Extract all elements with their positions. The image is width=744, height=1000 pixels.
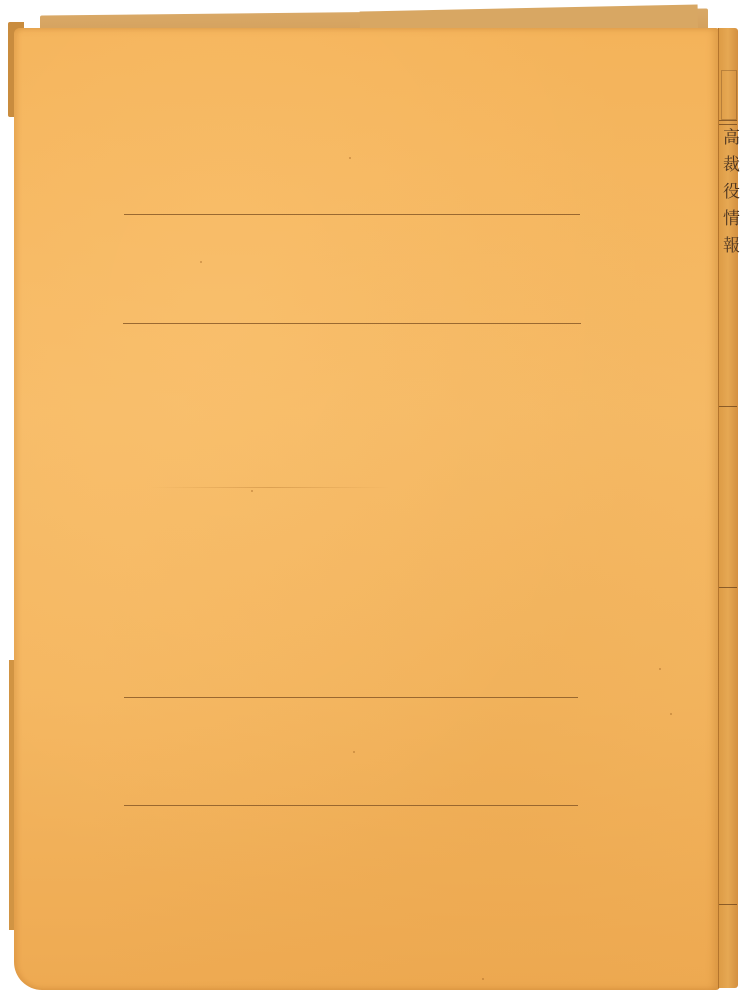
spine-title: 高裁役情報	[719, 128, 739, 358]
spine-divider	[719, 587, 737, 588]
spine-divider	[719, 406, 737, 407]
spine-divider	[719, 124, 737, 125]
rule-line-1	[124, 214, 580, 215]
rule-line-4	[124, 805, 578, 806]
speck	[659, 668, 661, 670]
crease-mark	[150, 487, 390, 488]
speck	[200, 261, 202, 263]
rule-line-2	[123, 323, 581, 324]
spine-divider	[719, 120, 737, 121]
speck	[251, 490, 253, 492]
speck	[482, 978, 484, 980]
folder-cover	[14, 28, 720, 990]
spine-label-box	[721, 70, 737, 120]
speck	[349, 157, 351, 159]
speck	[353, 751, 355, 753]
rule-line-3	[124, 697, 578, 698]
speck	[670, 713, 672, 715]
spine-divider	[719, 904, 737, 905]
